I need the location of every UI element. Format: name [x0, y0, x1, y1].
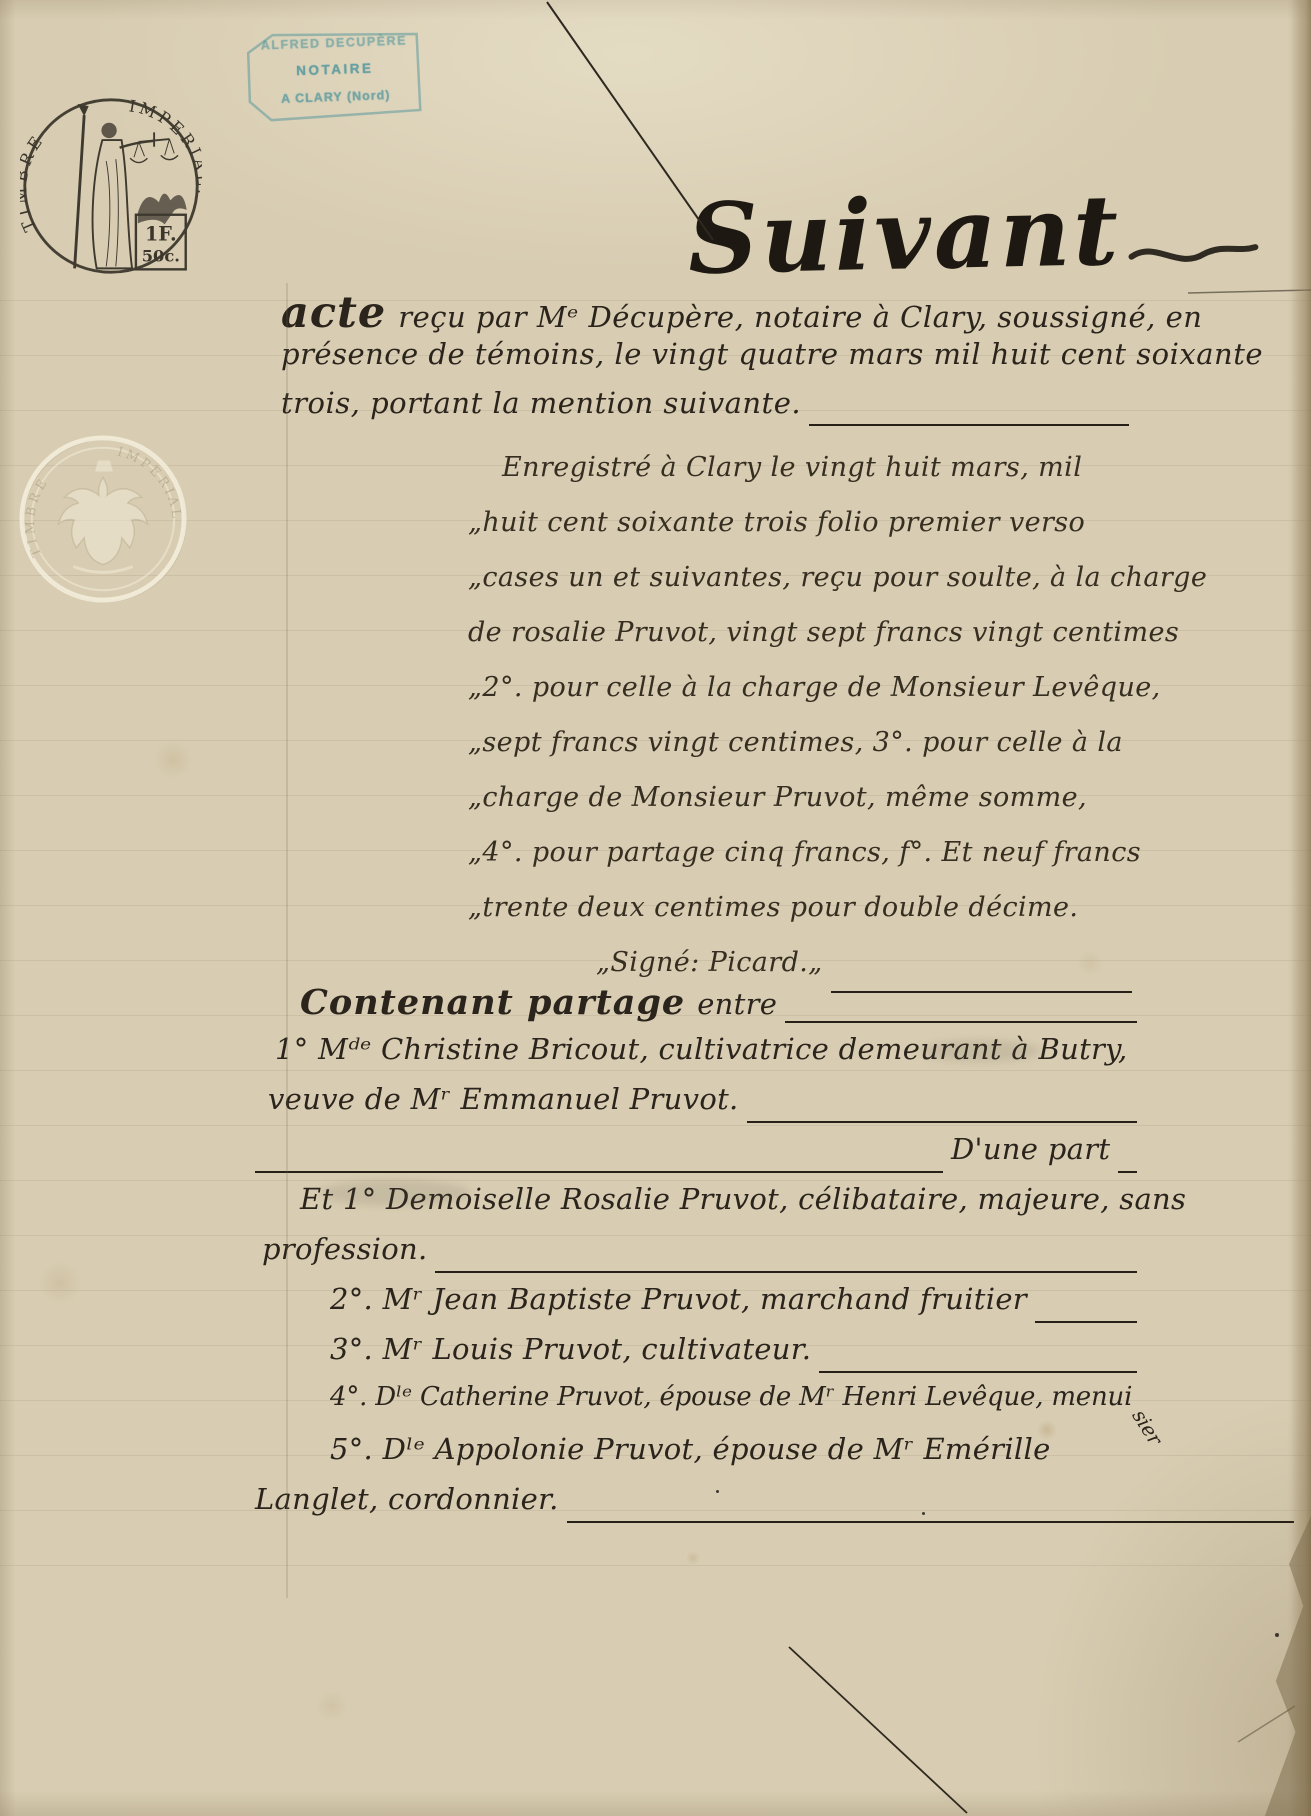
line-text: reçu par Mᵉ Décupère, notaire à Clary, s… [398, 300, 1202, 334]
manuscript-line: 4°. Dˡᵉ Catherine Pruvot, épouse de Mʳ H… [330, 1382, 1137, 1432]
flourish-stroke [1127, 238, 1260, 271]
manuscript-line: „4°. pour partage cinq francs, f°. Et ne… [468, 837, 1132, 892]
paper-speck [922, 1512, 925, 1515]
revenue-stamp: TIMBRE IMPERIAL. 1F. 50c. [20, 92, 202, 280]
line-text: „cases un et suivantes, reçu pour soulte… [468, 562, 1207, 593]
manuscript-line: 3°. Mʳ Louis Pruvot, cultivateur. [330, 1332, 1137, 1382]
line-text: veuve de Mʳ Emmanuel Pruvot. [268, 1082, 739, 1116]
line-text: de rosalie Pruvot, vingt sept francs vin… [468, 617, 1179, 648]
line-text: „trente deux centimes pour double décime… [468, 892, 1078, 923]
manuscript-line: „sept francs vingt centimes, 3°. pour ce… [468, 727, 1132, 782]
line-text: trois, portant la mention suivante. [281, 386, 801, 420]
manuscript-line: 5°. Dˡᵉ Appolonie Pruvot, épouse de Mʳ E… [330, 1432, 1137, 1482]
manuscript-line: „trente deux centimes pour double décime… [468, 892, 1132, 947]
line-text: 4°. Dˡᵉ Catherine Pruvot, épouse de Mʳ H… [330, 1382, 1132, 1412]
manuscript-line: Enregistré à Clary le vingt huit mars, m… [502, 452, 1132, 507]
manuscript-line: „huit cent soixante trois folio premier … [468, 507, 1132, 562]
line-text: Langlet, cordonnier. [255, 1482, 559, 1516]
manuscript-line: Contenant partage entre [300, 982, 1137, 1032]
diagonal-stroke-bottom [789, 1647, 967, 1813]
line-text: „charge de Monsieur Pruvot, même somme, [468, 782, 1087, 813]
manuscript-page: TIMBRE IMPERIAL. 1F. 50c. A [0, 0, 1311, 1816]
embossed-eagle-illustration [59, 477, 148, 564]
line-text: entre [697, 987, 777, 1021]
manuscript-line: D'une part [255, 1132, 1137, 1182]
line-lead-word: Contenant partage [300, 982, 685, 1023]
line-text: 2°. Mʳ Jean Baptiste Pruvot, marchand fr… [330, 1282, 1027, 1316]
line-text: 5°. Dˡᵉ Appolonie Pruvot, épouse de Mʳ E… [330, 1432, 1051, 1466]
line-text: „sept francs vingt centimes, 3°. pour ce… [468, 727, 1123, 758]
paper-speck [1275, 1633, 1279, 1637]
heading-text: Suivant [687, 173, 1122, 296]
line-lead-word: acte [281, 288, 386, 338]
revenue-stamp-value-top: 1F. [145, 223, 177, 246]
manuscript-line: „charge de Monsieur Pruvot, même somme, [468, 782, 1132, 837]
line-text: „2°. pour celle à la charge de Monsieur … [468, 672, 1161, 703]
manuscript-line: 2°. Mʳ Jean Baptiste Pruvot, marchand fr… [330, 1282, 1137, 1332]
line-text: „huit cent soixante trois folio premier … [468, 507, 1085, 538]
manuscript-line: trois, portant la mention suivante. [281, 386, 1129, 435]
parties-section: Contenant partage entre 1° Mᵈᵉ Christine… [255, 982, 1137, 1532]
manuscript-line: veuve de Mʳ Emmanuel Pruvot. [268, 1082, 1137, 1132]
ink-showthrough-smudge [320, 1180, 470, 1206]
embossed-seal: TIMBRE IMPERIAL [14, 430, 192, 608]
revenue-stamp-value-bottom: 50c. [142, 247, 180, 266]
revenue-stamp-text-right: IMPERIAL. [128, 96, 202, 198]
line-text: D'une part [951, 1132, 1110, 1166]
line-text: „Signé: Picard.„ [596, 947, 823, 978]
ink-showthrough-smudge [920, 1040, 1040, 1062]
manuscript-line: acte reçu par Mᵉ Décupère, notaire à Cla… [281, 288, 1129, 337]
manuscript-line: „cases un et suivantes, reçu pour soulte… [468, 562, 1132, 617]
opening-clause: acte reçu par Mᵉ Décupère, notaire à Cla… [281, 288, 1129, 435]
heading-suivant: Suivant [687, 170, 1260, 296]
line-text: présence de témoins, le vingt quatre mar… [281, 337, 1263, 371]
torn-corner [1201, 1516, 1311, 1816]
paper-speck [716, 1490, 719, 1493]
manuscript-line: présence de témoins, le vingt quatre mar… [281, 337, 1129, 386]
line-text: Enregistré à Clary le vingt huit mars, m… [502, 452, 1082, 483]
line-text: profession. [262, 1232, 427, 1266]
notary-ink-stamp: ALFRED DECUPÈRE NOTAIRE A CLARY (Nord) [238, 25, 427, 125]
revenue-stamp-text-left: TIMBRE [20, 130, 48, 235]
manuscript-line: Langlet, cordonnier. [255, 1482, 1137, 1532]
manuscript-line: „2°. pour celle à la charge de Monsieur … [468, 672, 1132, 727]
manuscript-line: de rosalie Pruvot, vingt sept francs vin… [468, 617, 1132, 672]
registration-mention: Enregistré à Clary le vingt huit mars, m… [468, 452, 1132, 1002]
line-text: 3°. Mʳ Louis Pruvot, cultivateur. [330, 1332, 811, 1366]
line-text: „4°. pour partage cinq francs, f°. Et ne… [468, 837, 1141, 868]
paper-crack [1238, 1706, 1295, 1742]
manuscript-line: profession. [262, 1232, 1137, 1282]
